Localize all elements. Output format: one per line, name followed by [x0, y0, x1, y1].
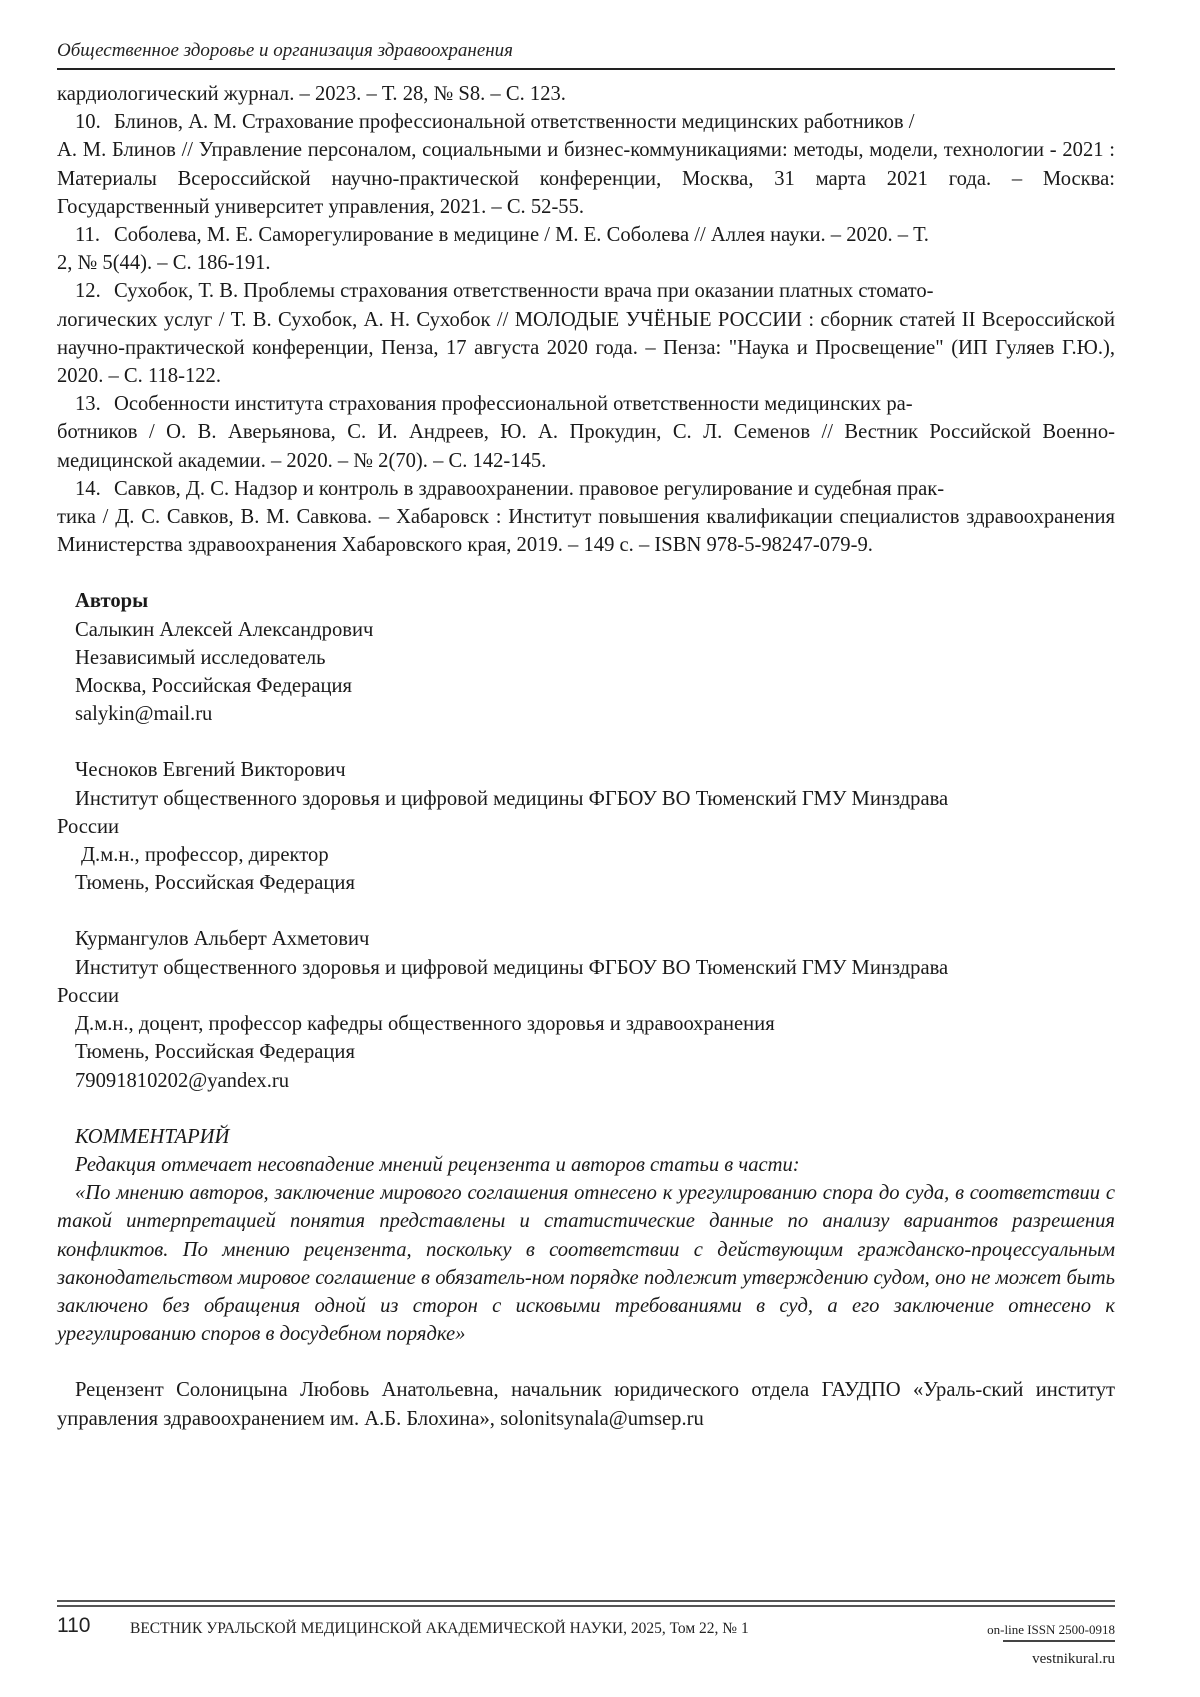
issn-label: on-line ISSN 2500-0918: [987, 1622, 1115, 1638]
page-number: 110: [57, 1614, 90, 1638]
authors-heading: Авторы: [57, 587, 1115, 615]
author-position: Д.м.н., доцент, профессор кафедры общест…: [57, 1010, 1115, 1038]
author-city: Тюмень, Российская Федерация: [57, 869, 1115, 897]
header-rule: [57, 68, 1115, 70]
author-affiliation: Независимый исследователь: [57, 644, 1115, 672]
reference-continuation: кардиологический журнал. – 2023. – Т. 28…: [57, 80, 1115, 108]
reference-text-cont: А. М. Блинов // Управление персоналом, с…: [57, 136, 1115, 221]
journal-title: ВЕСТНИК УРАЛЬСКОЙ МЕДИЦИНСКОЙ АКАДЕМИЧЕС…: [130, 1620, 749, 1638]
author-3: Курмангулов Альберт Ахметович Институт о…: [57, 925, 1115, 1094]
author-affiliation-cont: России: [57, 813, 1115, 841]
reference-14: 14.Савков, Д. С. Надзор и контроль в здр…: [57, 475, 1115, 560]
reference-text-cont: ботников / О. В. Аверьянова, С. И. Андре…: [57, 418, 1115, 474]
reference-10: 10.Блинов, А. М. Страхование профессиона…: [57, 108, 1115, 221]
website-link[interactable]: vestnikural.ru: [1032, 1651, 1115, 1668]
page-body: кардиологический журнал. – 2023. – Т. 28…: [57, 80, 1115, 1433]
reference-text-cont: логических услуг / Т. В. Сухобок, А. Н. …: [57, 306, 1115, 391]
reviewer-section: Рецензент Солоницына Любовь Анатольевна,…: [57, 1376, 1115, 1432]
reference-number: 13.: [57, 390, 114, 418]
author-name: Курмангулов Альберт Ахметович: [57, 925, 1115, 953]
comment-quote: «По мнению авторов, заключение мирового …: [57, 1179, 1115, 1348]
reference-number: 11.: [57, 221, 114, 249]
reviewer-text: Рецензент Солоницына Любовь Анатольевна,…: [57, 1376, 1115, 1432]
reference-12: 12.Сухобок, Т. В. Проблемы страхования о…: [57, 277, 1115, 390]
reference-text: Сухобок, Т. В. Проблемы страхования отве…: [114, 280, 934, 302]
author-affiliation: Институт общественного здоровья и цифров…: [57, 785, 1115, 813]
reference-text-cont: 2, № 5(44). – С. 186-191.: [57, 249, 1115, 277]
reference-number: 12.: [57, 277, 114, 305]
author-city: Москва, Российская Федерация: [57, 672, 1115, 700]
reference-text-cont: тика / Д. С. Савков, В. М. Савкова. – Ха…: [57, 503, 1115, 559]
reference-number: 10.: [57, 108, 114, 136]
reference-text: Савков, Д. С. Надзор и контроль в здраво…: [114, 478, 944, 500]
author-affiliation-cont: России: [57, 982, 1115, 1010]
author-affiliation: Институт общественного здоровья и цифров…: [57, 954, 1115, 982]
author-1: Салыкин Алексей Александрович Независимы…: [57, 616, 1115, 729]
comment-heading: КОММЕНТАРИЙ: [57, 1123, 1115, 1151]
author-email[interactable]: 79091810202@yandex.ru: [57, 1067, 1115, 1095]
author-name: Салыкин Алексей Александрович: [57, 616, 1115, 644]
footer-rule: [57, 1605, 1115, 1607]
running-title: Общественное здоровье и организация здра…: [57, 40, 513, 62]
authors-section: Авторы Салыкин Алексей Александрович Нез…: [57, 587, 1115, 1094]
author-city: Тюмень, Российская Федерация: [57, 1038, 1115, 1066]
issn-rule: [1003, 1640, 1115, 1642]
editorial-comment: КОММЕНТАРИЙ Редакция отмечает несовпаден…: [57, 1123, 1115, 1349]
comment-quote-text: «По мнению авторов, заключение мирового …: [57, 1182, 1115, 1345]
reference-number: 14.: [57, 475, 114, 503]
reference-text: Соболева, М. Е. Саморегулирование в меди…: [114, 224, 929, 246]
reference-11: 11.Соболева, М. Е. Саморегулирование в м…: [57, 221, 1115, 277]
author-email[interactable]: salykin@mail.ru: [57, 700, 1115, 728]
comment-intro: Редакция отмечает несовпадение мнений ре…: [57, 1151, 1115, 1179]
reference-text: Блинов, А. М. Страхование профессиональн…: [114, 111, 915, 133]
reference-text: Особенности института страхования профес…: [114, 393, 913, 415]
author-2: Чесноков Евгений Викторович Институт общ…: [57, 756, 1115, 897]
author-position: Д.м.н., профессор, директор: [57, 841, 1115, 869]
reference-13: 13.Особенности института страхования про…: [57, 390, 1115, 475]
footer-rule: [57, 1600, 1115, 1602]
author-name: Чесноков Евгений Викторович: [57, 756, 1115, 784]
